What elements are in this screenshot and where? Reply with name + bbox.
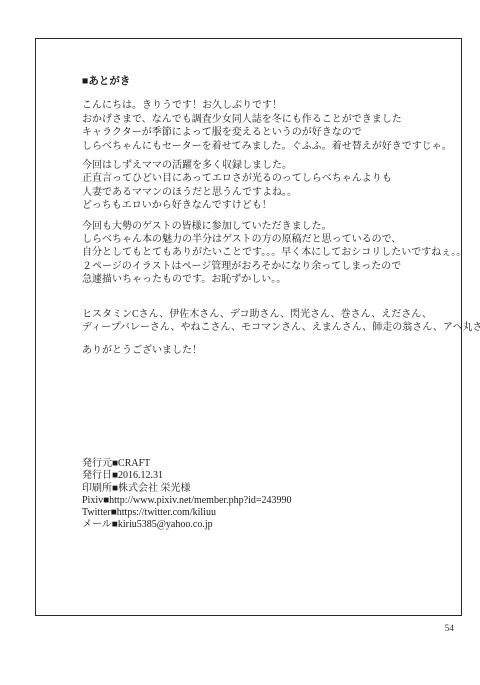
text-line: 発行日■2016.12.31 — [82, 470, 453, 482]
text-line: しらべちゃんにもセーターを着せてみました。ぐふふ。着せ替えが好きですじゃ。 — [82, 140, 453, 153]
text-line: 印刷所■株式会社 栄光様 — [82, 483, 453, 495]
text-line: こんにちは。きりうです！お久しぶりです！ — [82, 99, 453, 112]
page-number: 54 — [445, 624, 455, 634]
text-line: 発行元■CRAFT — [82, 458, 453, 470]
afterword-content: ■あとがき こんにちは。きりうです！お久しぶりです！おかげさまで、なんでも調査少… — [82, 75, 453, 532]
para-guests: 今回も大勢のゲストの皆様に参加していただきました。しらべちゃん本の魅力の半分はゲ… — [82, 220, 453, 287]
para-guest-names: ヒスタミンCさん、伊佐木さん、デコ助さん、閃光さん、巻さん、えださん、ディープバ… — [82, 308, 453, 335]
text-line: メール■kiriu5385@yahoo.co.jp — [82, 519, 453, 531]
para-thanks: ありがとうございました！ — [82, 344, 453, 357]
text-line: Twitter■https://twitter.com/kiliuu — [82, 507, 453, 519]
text-line: 人妻であるママンのほうだと思うんですよね。。 — [82, 186, 453, 199]
text-line: キャラクターが季節によって服を変えるというのが好きなので — [82, 126, 453, 139]
text-line: ヒスタミンCさん、伊佐木さん、デコ助さん、閃光さん、巻さん、えださん、 — [82, 308, 453, 321]
para-shizue: 今回はしずえママの活躍を多く収録しました。正直言ってひどい目にあってエロさが光る… — [82, 159, 453, 213]
afterword-title: ■あとがき — [82, 75, 453, 88]
text-line: ディープバレーさん、やねこさん、モコマンさん、えまんさん、師走の翁さん、アヘ丸さ… — [82, 321, 453, 334]
afterword-page: ■あとがき こんにちは。きりうです！お久しぶりです！おかげさまで、なんでも調査少… — [0, 0, 480, 685]
page-border-frame: ■あとがき こんにちは。きりうです！お久しぶりです！おかげさまで、なんでも調査少… — [35, 38, 462, 616]
text-line: ありがとうございました！ — [82, 344, 453, 357]
text-line: ２ページのイラストはページ管理がおろそかになり余ってしまったので — [82, 260, 453, 273]
text-line: 今回も大勢のゲストの皆様に参加していただきました。 — [82, 220, 453, 233]
text-line: 今回はしずえママの活躍を多く収録しました。 — [82, 159, 453, 172]
text-line: 正直言ってひどい目にあってエロさが光るのってしらべちゃんよりも — [82, 172, 453, 185]
text-line: しらべちゃん本の魅力の半分はゲストの方の原稿だと思っているので、 — [82, 233, 453, 246]
text-line: 自分としてもとてもありがたいことです。。。早く本にしておシコリしたいですねぇ。。 — [82, 246, 453, 259]
text-line: 急遽描いちゃったものです。お恥ずかしい。。 — [82, 273, 453, 286]
text-line: Pixiv■http://www.pixiv.net/member.php?id… — [82, 495, 453, 507]
colophon: 発行元■CRAFT発行日■2016.12.31印刷所■株式会社 栄光様Pixiv… — [82, 458, 453, 532]
text-line: おかげさまで、なんでも調査少女同人誌を冬にも作ることができました — [82, 113, 453, 126]
text-line: どっちもエロいから好きなんですけども！ — [82, 199, 453, 212]
para-greeting: こんにちは。きりうです！お久しぶりです！おかげさまで、なんでも調査少女同人誌を冬… — [82, 99, 453, 153]
